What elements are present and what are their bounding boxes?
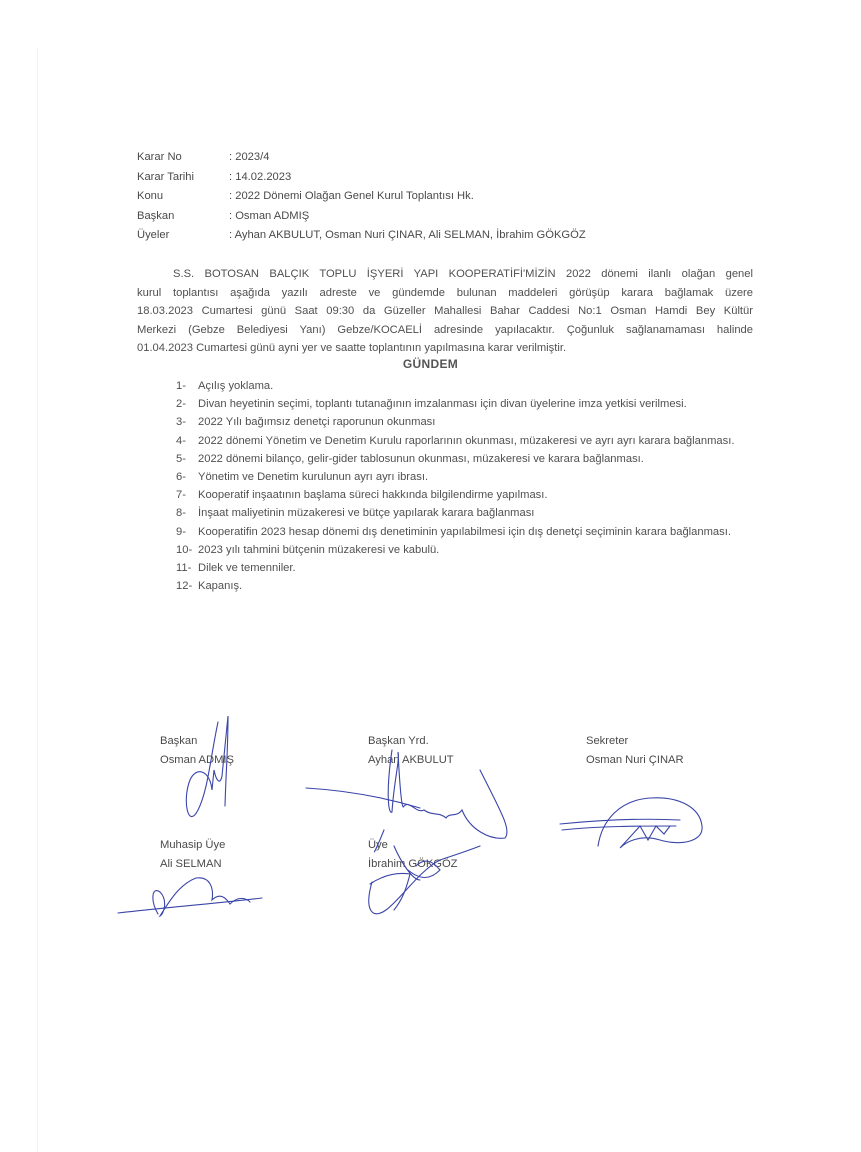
agenda-text: Kooperatifin 2023 hesap dönemi dış denet… (198, 523, 754, 541)
signatory-name: Osman ADMIŞ (160, 751, 234, 770)
paragraph-line: 01.04.2023 Cumartesi günü ayni yer ve sa… (137, 339, 753, 358)
signature-block-member: Üye İbrahim GÖKGÖZ (368, 836, 458, 874)
agenda-list: 1-Açılış yoklama. 2-Divan heyetinin seçi… (176, 377, 754, 595)
meta-value: : 2023/4 (229, 148, 269, 168)
agenda-text: Kapanış. (198, 577, 754, 595)
paragraph-line: 18.03.2023 Cumartesi günü Saat 09:30 da … (137, 302, 753, 321)
announcement-paragraph: S.S. BOTOSAN BALÇIK TOPLU İŞYERİ YAPI KO… (137, 265, 753, 358)
paragraph-line: kurul toplantısı aşağıda yazılı adreste … (137, 284, 753, 303)
agenda-item: 7- Kooperatif inşaatının başlama süreci … (176, 486, 754, 504)
meta-label: Karar No (137, 148, 229, 168)
agenda-item: 11-Dilek ve temenniler. (176, 559, 754, 577)
agenda-number: 12- (176, 577, 198, 595)
meta-row-decision-no: Karar No : 2023/4 (137, 148, 586, 168)
agenda-text: 2023 yılı tahmini bütçenin müzakeresi ve… (198, 541, 754, 559)
signatory-name: İbrahim GÖKGÖZ (368, 855, 458, 874)
agenda-text: Yönetim ve Denetim kurulunun ayrı ayrı i… (198, 468, 754, 486)
agenda-number: 6- (176, 468, 198, 486)
agenda-number: 2- (176, 395, 198, 413)
agenda-item: 6-Yönetim ve Denetim kurulunun ayrı ayrı… (176, 468, 754, 486)
agenda-text: Divan heyetinin seçimi, toplantı tutanağ… (198, 395, 754, 413)
signatory-name: Osman Nuri ÇINAR (586, 751, 684, 770)
signature-block-treasurer: Muhasip Üye Ali SELMAN (160, 836, 225, 874)
agenda-text: 2022 dönemi bilanço, gelir-gider tablosu… (198, 450, 754, 468)
meta-value: : 2022 Dönemi Olağan Genel Kurul Toplant… (229, 187, 474, 207)
signatory-role: Muhasip Üye (160, 836, 225, 855)
agenda-text: 2022 dönemi Yönetim ve Denetim Kurulu ra… (198, 432, 754, 450)
agenda-number: 8- (176, 504, 198, 522)
meta-row-subject: Konu : 2022 Dönemi Olağan Genel Kurul To… (137, 187, 586, 207)
agenda-item: 5-2022 dönemi bilanço, gelir-gider tablo… (176, 450, 754, 468)
agenda-number: 11- (176, 559, 198, 577)
agenda-item: 3-2022 Yılı bağımsız denetçi raporunun o… (176, 413, 754, 431)
agenda-text: Açılış yoklama. (198, 377, 754, 395)
meta-label: Üyeler (137, 226, 229, 246)
meta-label: Konu (137, 187, 229, 207)
signatory-role: Sekreter (586, 732, 684, 751)
agenda-item: 9-Kooperatifin 2023 hesap dönemi dış den… (176, 523, 754, 541)
meta-row-decision-date: Karar Tarihi : 14.02.2023 (137, 168, 586, 188)
agenda-item: 2-Divan heyetinin seçimi, toplantı tutan… (176, 395, 754, 413)
meta-value: : Osman ADMIŞ (229, 207, 309, 227)
agenda-number: 1- (176, 377, 198, 395)
signatory-name: Ayhan AKBULUT (368, 751, 454, 770)
signature-secretary-icon (560, 798, 702, 848)
agenda-number: 9- (176, 523, 198, 541)
scan-page-edge (37, 48, 38, 1152)
meta-row-members: Üyeler : Ayhan AKBULUT, Osman Nuri ÇINAR… (137, 226, 586, 246)
meta-label: Karar Tarihi (137, 168, 229, 188)
paragraph-line: Merkezi (Gebze Belediyesi Yanı) Gebze/KO… (137, 321, 753, 340)
agenda-heading: GÜNDEM (0, 357, 861, 371)
meta-value: : Ayhan AKBULUT, Osman Nuri ÇINAR, Ali S… (229, 226, 586, 246)
agenda-number: 5- (176, 450, 198, 468)
signature-treasurer-icon (118, 878, 262, 916)
signature-block-vice-chairman: Başkan Yrd. Ayhan AKBULUT (368, 732, 454, 770)
agenda-item: 10-2023 yılı tahmini bütçenin müzakeresi… (176, 541, 754, 559)
agenda-text: Kooperatif inşaatının başlama süreci hak… (198, 486, 754, 504)
signature-block-secretary: Sekreter Osman Nuri ÇINAR (586, 732, 684, 770)
paragraph-line: S.S. BOTOSAN BALÇIK TOPLU İŞYERİ YAPI KO… (137, 265, 753, 284)
agenda-number: 7- (176, 486, 198, 504)
agenda-text: 2022 Yılı bağımsız denetçi raporunun oku… (198, 413, 754, 431)
meta-label: Başkan (137, 207, 229, 227)
agenda-item: 12-Kapanış. (176, 577, 754, 595)
meta-row-chairman: Başkan : Osman ADMIŞ (137, 207, 586, 227)
signatory-role: Başkan (160, 732, 234, 751)
agenda-item: 8-İnşaat maliyetinin müzakeresi ve bütçe… (176, 504, 754, 522)
agenda-text: Dilek ve temenniler. (198, 559, 754, 577)
signatory-role: Üye (368, 836, 458, 855)
agenda-item: 4-2022 dönemi Yönetim ve Denetim Kurulu … (176, 432, 754, 450)
signatory-name: Ali SELMAN (160, 855, 225, 874)
decision-metadata: Karar No : 2023/4 Karar Tarihi : 14.02.2… (137, 148, 586, 246)
agenda-number: 4- (176, 432, 198, 450)
agenda-number: 10- (176, 541, 198, 559)
meta-value: : 14.02.2023 (229, 168, 291, 188)
agenda-number: 3- (176, 413, 198, 431)
signatory-role: Başkan Yrd. (368, 732, 454, 751)
agenda-item: 1-Açılış yoklama. (176, 377, 754, 395)
agenda-text: İnşaat maliyetinin müzakeresi ve bütçe y… (198, 504, 754, 522)
signature-block-chairman: Başkan Osman ADMIŞ (160, 732, 234, 770)
